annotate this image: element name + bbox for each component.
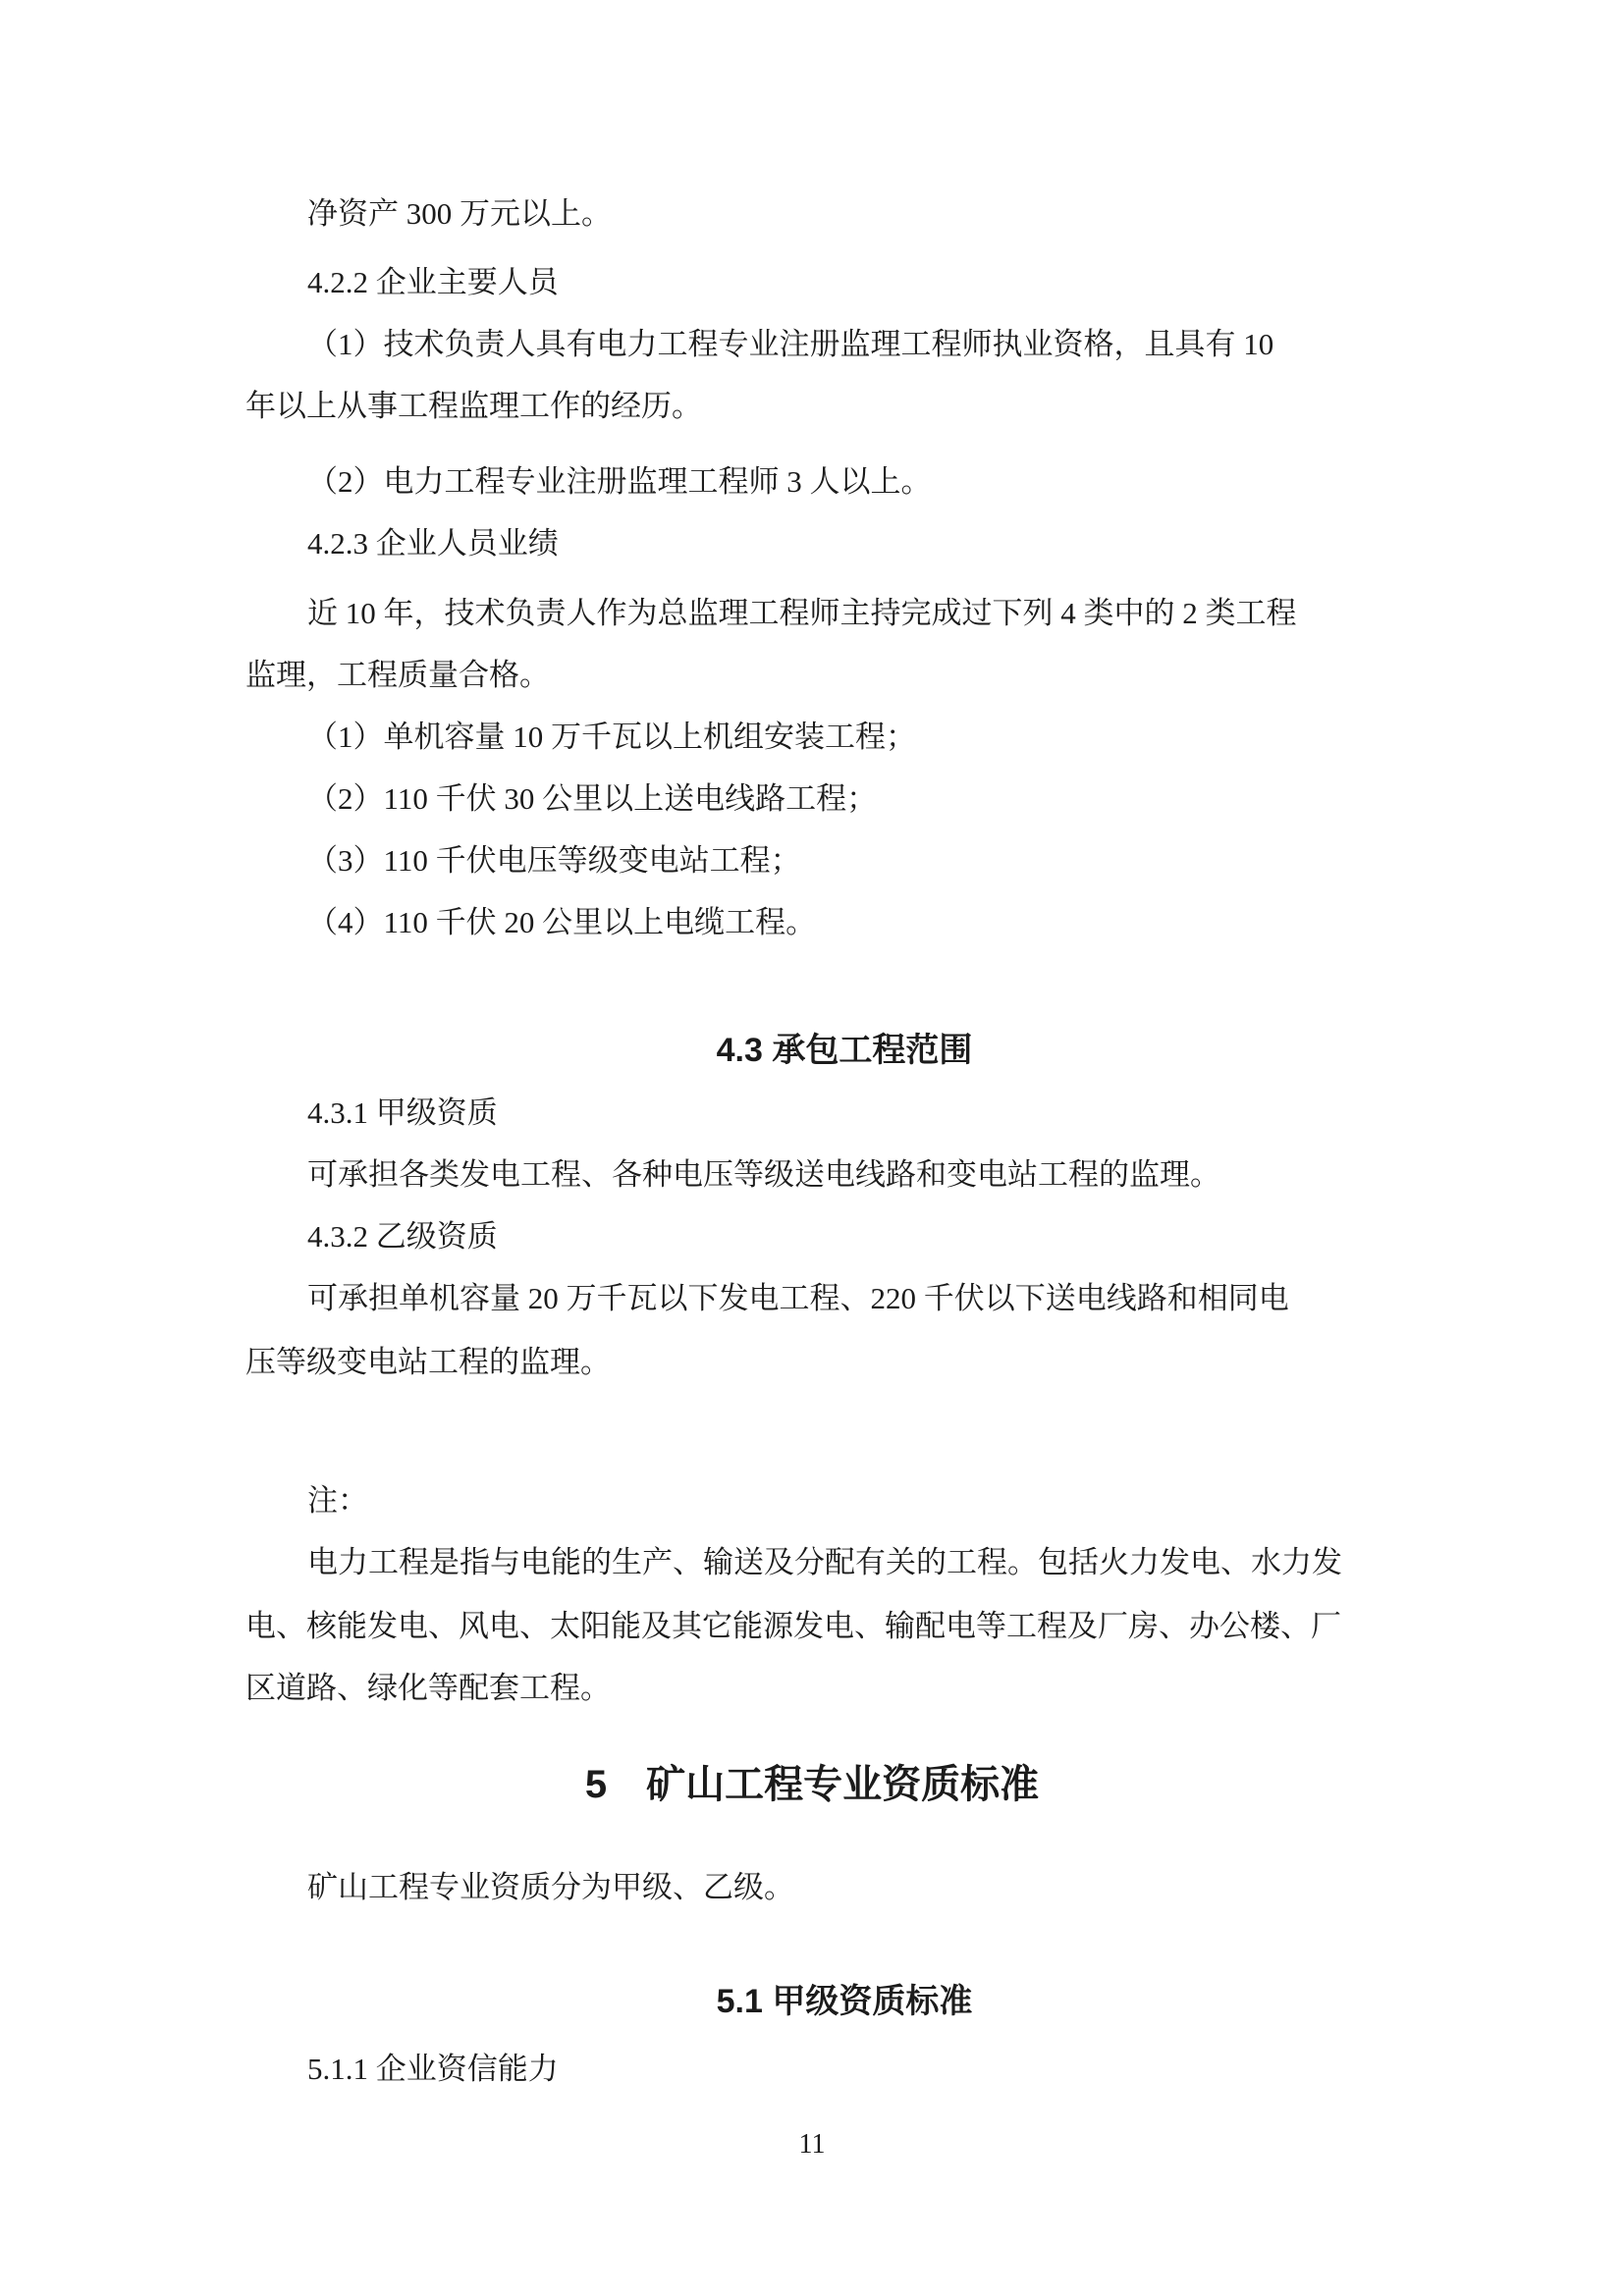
document-page: 净资产 300 万元以上。4.2.2 企业主要人员（1）技术负责人具有电力工程专…	[0, 0, 1624, 2296]
text-line: 可承担各类发电工程、各种电压等级送电线路和变电站工程的监理。	[245, 1144, 1379, 1205]
text-line: 矿山工程专业资质分为甲级、乙级。	[245, 1856, 1379, 1918]
chapter-heading: 5 矿山工程专业资质标准	[245, 1750, 1379, 1819]
text-line: 4.2.3 企业人员业绩	[245, 512, 1379, 574]
text-line: 年以上从事工程监理工作的经历。	[245, 375, 1379, 437]
text-line: 区道路、绿化等配套工程。	[245, 1657, 1379, 1719]
text-line: 近 10 年，技术负责人作为总监理工程师主持完成过下列 4 类中的 2 类工程	[245, 582, 1379, 644]
text-line: 4.3.2 乙级资质	[245, 1205, 1379, 1267]
text-line: 注：	[245, 1469, 1379, 1531]
text-line: 监理，工程质量合格。	[245, 644, 1379, 706]
section-heading: 4.3 承包工程范围	[278, 1020, 1411, 1082]
page-number: 11	[245, 2113, 1379, 2175]
text-line: （3）110 千伏电压等级变电站工程；	[245, 829, 1379, 891]
text-line: （1）技术负责人具有电力工程专业注册监理工程师执业资格，且具有 10	[245, 313, 1379, 375]
text-line: （2）电力工程专业注册监理工程师 3 人以上。	[245, 451, 1379, 512]
text-line: 4.3.1 甲级资质	[245, 1082, 1379, 1144]
text-line: 净资产 300 万元以上。	[245, 183, 1379, 244]
document-content: 净资产 300 万元以上。4.2.2 企业主要人员（1）技术负责人具有电力工程专…	[0, 0, 1624, 2175]
section-heading: 5.1 甲级资质标准	[278, 1971, 1411, 2033]
text-line: （2）110 千伏 30 公里以上送电线路工程；	[245, 768, 1379, 829]
text-line: 压等级变电站工程的监理。	[245, 1331, 1379, 1393]
text-line: 电力工程是指与电能的生产、输送及分配有关的工程。包括火力发电、水力发	[245, 1531, 1379, 1593]
text-line: 可承担单机容量 20 万千瓦以下发电工程、220 千伏以下送电线路和相同电	[245, 1267, 1379, 1329]
text-line: 5.1.1 企业资信能力	[245, 2038, 1379, 2100]
text-line: 4.2.2 企业主要人员	[245, 251, 1379, 313]
text-line: （4）110 千伏 20 公里以上电缆工程。	[245, 891, 1379, 953]
text-line: 电、核能发电、风电、太阳能及其它能源发电、输配电等工程及厂房、办公楼、厂	[245, 1595, 1379, 1657]
text-line: （1）单机容量 10 万千瓦以上机组安装工程；	[245, 706, 1379, 768]
